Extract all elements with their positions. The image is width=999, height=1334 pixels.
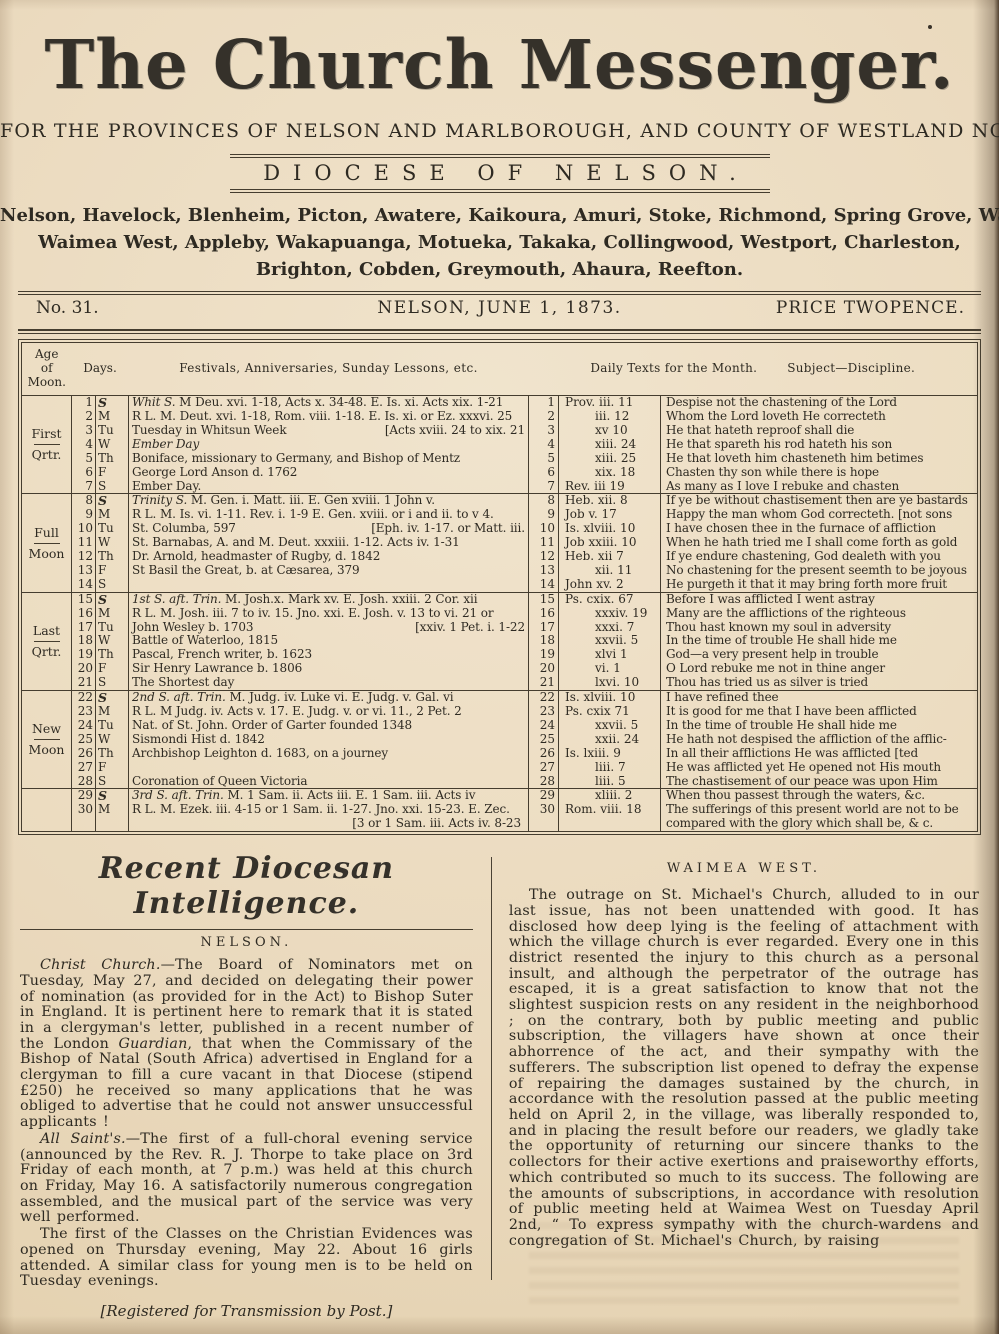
day-number-cell: 15: [72, 592, 96, 606]
weekday-cell: F: [96, 466, 129, 480]
daily-day-number-cell: 25: [529, 733, 559, 747]
section-heading-diocesan-intelligence: Recent Diocesan Intelligence.: [48, 851, 445, 921]
weekday-cell: M: [96, 607, 129, 621]
daily-day-number-cell: 1: [529, 396, 559, 410]
festival-text: M. Gen. i. Matt. iii. E. Gen xviii. 1 Jo…: [187, 494, 435, 508]
festival-text: Sir Henry Lawrance b. 1806: [132, 662, 302, 675]
daily-text-cell: When he hath tried me I shall come forth…: [661, 536, 978, 550]
festival-italic-lead: Whit S.: [132, 396, 175, 410]
header-line: of: [24, 362, 70, 376]
scripture-ref-cell: xiii. 24: [559, 438, 661, 452]
scripture-ref-cell: xxxi. 7: [559, 621, 661, 635]
weekday-cell: Th: [96, 452, 129, 466]
day-number-cell: 2: [72, 410, 96, 424]
daily-text-cell: O Lord rebuke me not in thine anger: [661, 662, 978, 676]
festival-text: M Deu. xvi. 1-18, Acts x. 34-48. E. Is. …: [175, 396, 503, 410]
day-number-cell: 24: [72, 719, 96, 733]
scripture-ref-cell: xv 10: [559, 424, 661, 438]
weekday-cell: F: [96, 662, 129, 676]
scripture-ref-cell: xiii. 25: [559, 452, 661, 466]
festival-cell: Archbishop Leighton d. 1683, on a journe…: [129, 747, 529, 761]
festival-cell: 1st S. aft. Trin. M. Josh.x. Mark xv. E.…: [129, 592, 529, 606]
italic-run: Guardian: [118, 1036, 187, 1052]
moon-phase-word: Moon: [25, 743, 68, 757]
day-number-cell: 21: [72, 676, 96, 690]
daily-day-number-cell: 12: [529, 550, 559, 564]
weekday-cell: W: [96, 733, 129, 747]
festival-cell: Ember Day.: [129, 480, 529, 494]
daily-text-cell: Thou has tried us as silver is tried: [661, 676, 978, 690]
daily-day-number-cell: 16: [529, 607, 559, 621]
daily-day-number-cell: 7: [529, 480, 559, 494]
daily-day-number-cell: 23: [529, 705, 559, 719]
moon-phase-dash: [34, 641, 60, 642]
scripture-ref-cell: vi. 1: [559, 662, 661, 676]
scripture-ref-cell: Is. xlviii. 10: [559, 691, 661, 705]
day-number-cell: 9: [72, 508, 96, 522]
daily-day-number-cell: 29: [529, 789, 559, 803]
festival-cell: R L. M. Ezek. iii. 4-15 or 1 Sam. ii. 1-…: [129, 803, 529, 831]
day-number-cell: 13: [72, 564, 96, 578]
daily-day-number-cell: 11: [529, 536, 559, 550]
header-daily-texts: Daily Texts for the Month.Subject—Discip…: [529, 343, 978, 396]
rule: [20, 929, 473, 930]
daily-text-cell: It is good for me that I have been affli…: [661, 705, 978, 719]
festival-bracket-ref: [Eph. iv. 1-17. or Matt. iii.: [371, 522, 525, 536]
daily-day-number-cell: 3: [529, 424, 559, 438]
calendar-row: 30MR L. M. Ezek. iii. 4-15 or 1 Sam. ii.…: [22, 803, 978, 831]
sunday-symbol-cell: S: [96, 789, 129, 803]
calendar-row: 4WEmber Day4xiii. 24He that spareth his …: [22, 438, 978, 452]
festival-text: John Wesley b. 1703: [132, 621, 253, 634]
festival-cell: [xxiv. 1 Pet. i. 1-22John Wesley b. 1703: [129, 621, 529, 635]
daily-day-number-cell: 30: [529, 803, 559, 831]
festival-text: Archbishop Leighton d. 1683, on a journe…: [132, 747, 388, 760]
calendar-row: 6FGeorge Lord Anson d. 17626xix. 18Chast…: [22, 466, 978, 480]
calendar-table-frame: AgeofMoon.Days.Festivals, Anniversaries,…: [18, 339, 981, 835]
waimea-paragraphs: The outrage on St. Michael's Church, all…: [509, 888, 979, 1249]
festival-cell: 3rd S. aft. Trin. M. 1 Sam. ii. Acts iii…: [129, 789, 529, 803]
scripture-ref-cell: xii. 11: [559, 564, 661, 578]
day-number-cell: 27: [72, 761, 96, 775]
moon-phase-dash: [34, 739, 60, 740]
festival-text: R L. M. Deut. xvi. 1-18, Rom. viii. 1-18…: [132, 410, 512, 423]
weekday-cell: M: [96, 508, 129, 522]
scripture-ref-cell: Job xxiii. 10: [559, 536, 661, 550]
festival-cell: R L. M. Deut. xvi. 1-18, Rom. viii. 1-18…: [129, 410, 529, 424]
weekday-cell: Tu: [96, 621, 129, 635]
festival-text: M. Judg. iv. Luke vi. E. Judg. v. Gal. v…: [226, 691, 454, 705]
festival-text: Dr. Arnold, headmaster of Rugby, d. 1842: [132, 550, 380, 563]
daily-day-number-cell: 18: [529, 634, 559, 648]
column-waimea-west: WAIMEA WEST. The outrage on St. Michael'…: [491, 851, 979, 1320]
rule-double: [18, 291, 981, 295]
nelson-paragraphs: Christ Church.—The Board of Nominators m…: [20, 958, 473, 1290]
festival-text: M. Josh.x. Mark xv. E. Josh. xxiii. 2 Co…: [221, 592, 477, 606]
festival-text: Nat. of St. John. Order of Garter founde…: [132, 719, 412, 732]
calendar-row: 11WSt. Barnabas, A. and M. Deut. xxxiii.…: [22, 536, 978, 550]
calendar-row: 20FSir Henry Lawrance b. 180620vi. 1O Lo…: [22, 662, 978, 676]
day-number-cell: 23: [72, 705, 96, 719]
towns-list: Nelson, Havelock, Blenheim, Picton, Awat…: [0, 202, 999, 283]
daily-day-number-cell: 10: [529, 522, 559, 536]
sunday-symbol-cell: S: [96, 691, 129, 705]
festival-italic-lead: 1st S. aft. Trin.: [132, 592, 221, 606]
scripture-ref-cell: Heb. xii. 8: [559, 494, 661, 508]
moon-phase-dash: [34, 543, 60, 544]
weekday-cell: F: [96, 761, 129, 775]
weekday-cell: W: [96, 634, 129, 648]
festival-text: M. 1 Sam. ii. Acts iii. E. 1 Sam. iii. A…: [224, 789, 476, 803]
calendar-row: 18WBattle of Waterloo, 181518xxvii. 5In …: [22, 634, 978, 648]
daily-text-cell: Thou hast known my soul in adversity: [661, 621, 978, 635]
day-number-cell: 17: [72, 621, 96, 635]
scripture-ref-cell: Is. lxiii. 9: [559, 747, 661, 761]
weekday-cell: M: [96, 705, 129, 719]
moon-phase-word: Qrtr.: [25, 645, 68, 659]
article-paragraph: All Saint's.—The first of a full-choral …: [20, 1132, 473, 1226]
daily-day-number-cell: 6: [529, 466, 559, 480]
ink-speck: [458, 53, 461, 56]
towns-line: Nelson, Havelock, Blenheim, Picton, Awat…: [0, 202, 999, 229]
daily-text-cell: The sufferings of this present world are…: [661, 803, 978, 831]
calendar-row: 29S3rd S. aft. Trin. M. 1 Sam. ii. Acts …: [22, 789, 978, 803]
daily-day-number-cell: 24: [529, 719, 559, 733]
day-number-cell: 30: [72, 803, 96, 831]
weekday-cell: W: [96, 438, 129, 452]
daily-text-cell: In the time of trouble He shall hide me: [661, 634, 978, 648]
daily-text-cell: I have refined thee: [661, 691, 978, 705]
sunday-symbol-cell: S: [96, 396, 129, 410]
festival-cell: The Shortest day: [129, 676, 529, 690]
scripture-ref-cell: xxxiv. 19: [559, 607, 661, 621]
weekday-cell: S: [96, 480, 129, 494]
daily-text-cell: He hath not despised the affliction of t…: [661, 733, 978, 747]
scripture-ref-cell: Job v. 17: [559, 508, 661, 522]
issue-price: PRICE TWOPENCE.: [776, 298, 965, 318]
text-run: The outrage on St. Michael's Church, all…: [509, 887, 979, 1248]
moon-phase-word: Qrtr.: [25, 448, 68, 462]
header-line: Age: [24, 348, 70, 362]
festival-text: Battle of Waterloo, 1815: [132, 634, 278, 647]
daily-text-cell: I have chosen thee in the furnace of aff…: [661, 522, 978, 536]
scripture-ref-cell: xxvii. 5: [559, 634, 661, 648]
moon-phase-cell: [22, 789, 72, 832]
daily-text-cell: Despise not the chastening of the Lord: [661, 396, 978, 410]
calendar-row: 2MR L. M. Deut. xvi. 1-18, Rom. viii. 1-…: [22, 410, 978, 424]
weekday-cell: F: [96, 564, 129, 578]
weekday-cell: Th: [96, 550, 129, 564]
festival-cell: Boniface, missionary to Germany, and Bis…: [129, 452, 529, 466]
day-number-cell: 11: [72, 536, 96, 550]
scripture-ref-cell: liii. 7: [559, 761, 661, 775]
calendar-row: 14S14John xv. 2He purgeth it that it may…: [22, 578, 978, 592]
festival-italic-lead: Ember Day: [132, 438, 199, 451]
day-number-cell: 5: [72, 452, 96, 466]
calendar-row: FirstQrtr.1SWhit S. M Deu. xvi. 1-18, Ac…: [22, 396, 978, 410]
festival-italic-lead: 2nd S. aft. Trin.: [132, 691, 226, 705]
day-number-cell: 1: [72, 396, 96, 410]
festival-text: Ember Day.: [132, 480, 201, 493]
daily-text-cell: Chasten thy son while there is hope: [661, 466, 978, 480]
italic-run: Christ Church.: [40, 957, 161, 973]
masthead: The Church Messenger. FOR THE PROVINCES …: [0, 30, 999, 334]
weekday-cell: S: [96, 676, 129, 690]
towns-line: Brighton, Cobden, Greymouth, Ahaura, Ree…: [0, 256, 999, 283]
scripture-ref-cell: Prov. iii. 11: [559, 396, 661, 410]
sunday-symbol-cell: S: [96, 592, 129, 606]
calendar-row: 16MR L. M. Josh. iii. 7 to iv. 15. Jno. …: [22, 607, 978, 621]
day-number-cell: 19: [72, 648, 96, 662]
festival-text: St. Columba, 597: [132, 522, 236, 535]
moon-phase-word: New: [25, 722, 68, 736]
calendar-row: LastQrtr.15S1st S. aft. Trin. M. Josh.x.…: [22, 592, 978, 606]
daily-text-cell: Happy the man whom God correcteth. [not …: [661, 508, 978, 522]
article-paragraph: Christ Church.—The Board of Nominators m…: [20, 958, 473, 1131]
festival-text: St Basil the Great, b. at Cæsarea, 379: [132, 564, 360, 577]
festival-cell: Battle of Waterloo, 1815: [129, 634, 529, 648]
moon-phase-cell: LastQrtr.: [22, 592, 72, 690]
calendar-row: 17Tu[xxiv. 1 Pet. i. 1-22John Wesley b. …: [22, 621, 978, 635]
festival-cell: Whit S. M Deu. xvi. 1-18, Acts x. 34-48.…: [129, 396, 529, 410]
day-number-cell: 7: [72, 480, 96, 494]
festival-text: Coronation of Queen Victoria: [132, 775, 307, 788]
header-age-of-moon: AgeofMoon.: [22, 343, 72, 396]
festival-bracket-ref: [Acts xviii. 24 to xix. 21: [385, 424, 525, 438]
festival-cell: [Acts xviii. 24 to xix. 21Tuesday in Whi…: [129, 424, 529, 438]
scripture-ref-cell: Ps. cxix. 67: [559, 592, 661, 606]
festival-cell: St. Barnabas, A. and M. Deut. xxxiii. 1-…: [129, 536, 529, 550]
festival-cell: [Eph. iv. 1-17. or Matt. iii.St. Columba…: [129, 522, 529, 536]
header-daily-texts-label: Daily Texts for the Month.: [590, 361, 757, 375]
daily-day-number-cell: 21: [529, 676, 559, 690]
scripture-ref-cell: lxvi. 10: [559, 676, 661, 690]
calendar-row: NewMoon22S2nd S. aft. Trin. M. Judg. iv.…: [22, 691, 978, 705]
article-columns: Recent Diocesan Intelligence. NELSON. Ch…: [20, 851, 979, 1320]
daily-text-cell: God—a very present help in trouble: [661, 648, 978, 662]
daily-text-cell: When thou passest through the waters, &c…: [661, 789, 978, 803]
scripture-ref-cell: Rev. iii 19: [559, 480, 661, 494]
festival-text: Sismondi Hist d. 1842: [132, 733, 265, 746]
calendar-table: AgeofMoon.Days.Festivals, Anniversaries,…: [21, 342, 978, 832]
festival-cell: 2nd S. aft. Trin. M. Judg. iv. Luke vi. …: [129, 691, 529, 705]
weekday-cell: Tu: [96, 424, 129, 438]
festival-cell: Dr. Arnold, headmaster of Rugby, d. 1842: [129, 550, 529, 564]
daily-text-cell: Whom the Lord loveth He correcteth: [661, 410, 978, 424]
daily-day-number-cell: 17: [529, 621, 559, 635]
calendar-row: 23MR L. M Judg. iv. Acts v. 17. E. Judg.…: [22, 705, 978, 719]
header-subject-label: Subject—Discipline.: [787, 361, 915, 375]
festival-text: Tuesday in Whitsun Week: [132, 424, 287, 437]
scripture-ref-cell: xliii. 2: [559, 789, 661, 803]
day-number-cell: 6: [72, 466, 96, 480]
calendar-row: 27F27liii. 7He was afflicted yet He open…: [22, 761, 978, 775]
calendar-row: 5ThBoniface, missionary to Germany, and …: [22, 452, 978, 466]
moon-phase-dash: [34, 444, 60, 445]
festival-text: R L. M. Is. vi. 1-11. Rev. i. 1-9 E. Gen…: [132, 508, 494, 521]
scripture-ref-cell: liii. 5: [559, 775, 661, 789]
weekday-cell: M: [96, 410, 129, 424]
issue-line: No. 31. NELSON, JUNE 1, 1873. PRICE TWOP…: [22, 296, 977, 321]
daily-day-number-cell: 19: [529, 648, 559, 662]
moon-phase-cell: NewMoon: [22, 691, 72, 789]
daily-text-cell: He that spareth his rod hateth his son: [661, 438, 978, 452]
festival-cell: Trinity S. M. Gen. i. Matt. iii. E. Gen …: [129, 494, 529, 508]
festival-text: R L. M. Ezek. iii. 4-15 or 1 Sam. ii. 1-…: [132, 803, 510, 816]
weekday-cell: S: [96, 578, 129, 592]
daily-day-number-cell: 8: [529, 494, 559, 508]
daily-day-number-cell: 22: [529, 691, 559, 705]
article-paragraph: The first of the Classes on the Christia…: [20, 1227, 473, 1290]
subheading-waimea-west: WAIMEA WEST.: [509, 861, 979, 876]
festival-text: R L. M Judg. iv. Acts v. 17. E. Judg. v.…: [132, 705, 462, 718]
festival-continuation: [3 or 1 Sam. iii. Acts iv. 8-23: [132, 817, 525, 831]
daily-day-number-cell: 14: [529, 578, 559, 592]
daily-text-cell: As many as I love I rebuke and chasten: [661, 480, 978, 494]
rule-double: [18, 329, 981, 334]
scripture-ref-cell: xxii. 24: [559, 733, 661, 747]
daily-day-number-cell: 13: [529, 564, 559, 578]
masthead-subtitle: FOR THE PROVINCES OF NELSON AND MARLBORO…: [0, 120, 999, 142]
daily-day-number-cell: 27: [529, 761, 559, 775]
weekday-cell: Th: [96, 747, 129, 761]
day-number-cell: 16: [72, 607, 96, 621]
daily-text-cell: If ye be without chastisement then are y…: [661, 494, 978, 508]
header-line: Moon.: [24, 376, 70, 390]
day-number-cell: 25: [72, 733, 96, 747]
scripture-ref-cell: xix. 18: [559, 466, 661, 480]
festival-cell: George Lord Anson d. 1762: [129, 466, 529, 480]
calendar-header: AgeofMoon.Days.Festivals, Anniversaries,…: [22, 343, 978, 396]
day-number-cell: 26: [72, 747, 96, 761]
weekday-cell: S: [96, 775, 129, 789]
daily-day-number-cell: 26: [529, 747, 559, 761]
calendar-row: 7SEmber Day.7Rev. iii 19As many as I lov…: [22, 480, 978, 494]
festival-cell: Ember Day: [129, 438, 529, 452]
newspaper-page: The Church Messenger. FOR THE PROVINCES …: [0, 0, 999, 1334]
scripture-ref-cell: Heb. xii 7: [559, 550, 661, 564]
day-number-cell: 18: [72, 634, 96, 648]
weekday-cell: W: [96, 536, 129, 550]
moon-phase-word: Last: [25, 624, 68, 638]
festival-text: The Shortest day: [132, 676, 234, 689]
daily-text-cell: If ye endure chastening, God dealeth wit…: [661, 550, 978, 564]
festival-italic-lead: Trinity S.: [132, 494, 187, 508]
moon-phase-word: Moon: [25, 547, 68, 561]
calendar-body: FirstQrtr.1SWhit S. M Deu. xvi. 1-18, Ac…: [22, 396, 978, 832]
calendar-header-row: AgeofMoon.Days.Festivals, Anniversaries,…: [22, 343, 978, 396]
daily-text-cell: He that loveth him chasteneth him betime…: [661, 452, 978, 466]
daily-text-cell: He that hateth reproof shall die: [661, 424, 978, 438]
calendar-row: 3Tu[Acts xviii. 24 to xix. 21Tuesday in …: [22, 424, 978, 438]
moon-phase-word: First: [25, 427, 68, 441]
festival-cell: [129, 578, 529, 592]
festival-cell: Pascal, French writer, b. 1623: [129, 648, 529, 662]
day-number-cell: 12: [72, 550, 96, 564]
header-days: Days.: [72, 343, 129, 396]
column-nelson: Recent Diocesan Intelligence. NELSON. Ch…: [20, 851, 491, 1320]
towns-line: Waimea West, Appleby, Wakapuanga, Motuek…: [0, 229, 999, 256]
daily-day-number-cell: 5: [529, 452, 559, 466]
calendar-row: 25WSismondi Hist d. 184225xxii. 24He hat…: [22, 733, 978, 747]
daily-text-cell: In all their afflictions He was afflicte…: [661, 747, 978, 761]
festival-cell: Sir Henry Lawrance b. 1806: [129, 662, 529, 676]
day-number-cell: 14: [72, 578, 96, 592]
calendar-row: 21SThe Shortest day21lxvi. 10Thou has tr…: [22, 676, 978, 690]
daily-day-number-cell: 4: [529, 438, 559, 452]
scripture-ref-cell: xxvii. 5: [559, 719, 661, 733]
daily-text-cell: He purgeth it that it may bring forth mo…: [661, 578, 978, 592]
daily-text-cell: Before I was afflicted I went astray: [661, 592, 978, 606]
daily-day-number-cell: 20: [529, 662, 559, 676]
daily-text-cell: He was afflicted yet He opened not His m…: [661, 761, 978, 775]
festival-text: Pascal, French writer, b. 1623: [132, 648, 312, 661]
day-number-cell: 22: [72, 691, 96, 705]
festival-text: St. Barnabas, A. and M. Deut. xxxiii. 1-…: [132, 536, 460, 549]
weekday-cell: Tu: [96, 719, 129, 733]
calendar-row: 13FSt Basil the Great, b. at Cæsarea, 37…: [22, 564, 978, 578]
festival-cell: Sismondi Hist d. 1842: [129, 733, 529, 747]
scripture-ref-cell: John xv. 2: [559, 578, 661, 592]
calendar-row: 28SCoronation of Queen Victoria28liii. 5…: [22, 775, 978, 789]
ink-speck: [928, 25, 932, 29]
day-number-cell: 3: [72, 424, 96, 438]
festival-italic-lead: 3rd S. aft. Trin.: [132, 789, 224, 803]
calendar-row: 19ThPascal, French writer, b. 162319xlvi…: [22, 648, 978, 662]
sunday-symbol-cell: S: [96, 494, 129, 508]
festival-cell: Coronation of Queen Victoria: [129, 775, 529, 789]
moon-phase-cell: FullMoon: [22, 494, 72, 592]
calendar-row: 12ThDr. Arnold, headmaster of Rugby, d. …: [22, 550, 978, 564]
calendar-row: 26ThArchbishop Leighton d. 1683, on a jo…: [22, 747, 978, 761]
day-number-cell: 29: [72, 789, 96, 803]
calendar-row: 10Tu[Eph. iv. 1-17. or Matt. iii.St. Col…: [22, 522, 978, 536]
day-number-cell: 8: [72, 494, 96, 508]
weekday-cell: Tu: [96, 522, 129, 536]
festival-bracket-ref: [xxiv. 1 Pet. i. 1-22: [415, 621, 525, 635]
scripture-ref-cell: iii. 12: [559, 410, 661, 424]
daily-day-number-cell: 28: [529, 775, 559, 789]
moon-phase-cell: FirstQrtr.: [22, 396, 72, 494]
text-run: The first of the Classes on the Christia…: [20, 1226, 473, 1289]
calendar-row: 24TuNat. of St. John. Order of Garter fo…: [22, 719, 978, 733]
masthead-title: The Church Messenger.: [12, 30, 987, 100]
subheading-nelson: NELSON.: [20, 935, 473, 950]
festival-cell: R L. M. Is. vi. 1-11. Rev. i. 1-9 E. Gen…: [129, 508, 529, 522]
festival-cell: St Basil the Great, b. at Cæsarea, 379: [129, 564, 529, 578]
weekday-cell: M: [96, 803, 129, 831]
calendar-row: 9MR L. M. Is. vi. 1-11. Rev. i. 1-9 E. G…: [22, 508, 978, 522]
scripture-ref-cell: Rom. viii. 18: [559, 803, 661, 831]
moon-phase-word: Full: [25, 526, 68, 540]
registered-footer: [Registered for Transmission by Post.]: [20, 1302, 473, 1320]
daily-text-cell: No chastening for the present seemth to …: [661, 564, 978, 578]
festival-text: George Lord Anson d. 1762: [132, 466, 297, 479]
diocese-block: DIOCESE OF NELSON.: [230, 154, 770, 193]
day-number-cell: 4: [72, 438, 96, 452]
day-number-cell: 28: [72, 775, 96, 789]
festival-cell: R L. M Judg. iv. Acts v. 17. E. Judg. v.…: [129, 705, 529, 719]
festival-text: R L. M. Josh. iii. 7 to iv. 15. Jno. xxi…: [132, 607, 494, 620]
scripture-ref-cell: Is. xlviii. 10: [559, 522, 661, 536]
calendar-row: FullMoon8STrinity S. M. Gen. i. Matt. ii…: [22, 494, 978, 508]
daily-text-cell: The chastisement of our peace was upon H…: [661, 775, 978, 789]
weekday-cell: Th: [96, 648, 129, 662]
article-paragraph: The outrage on St. Michael's Church, all…: [509, 888, 979, 1249]
header-festivals: Festivals, Anniversaries, Sunday Lessons…: [129, 343, 529, 396]
scripture-ref-cell: Ps. cxix 71: [559, 705, 661, 719]
daily-day-number-cell: 9: [529, 508, 559, 522]
